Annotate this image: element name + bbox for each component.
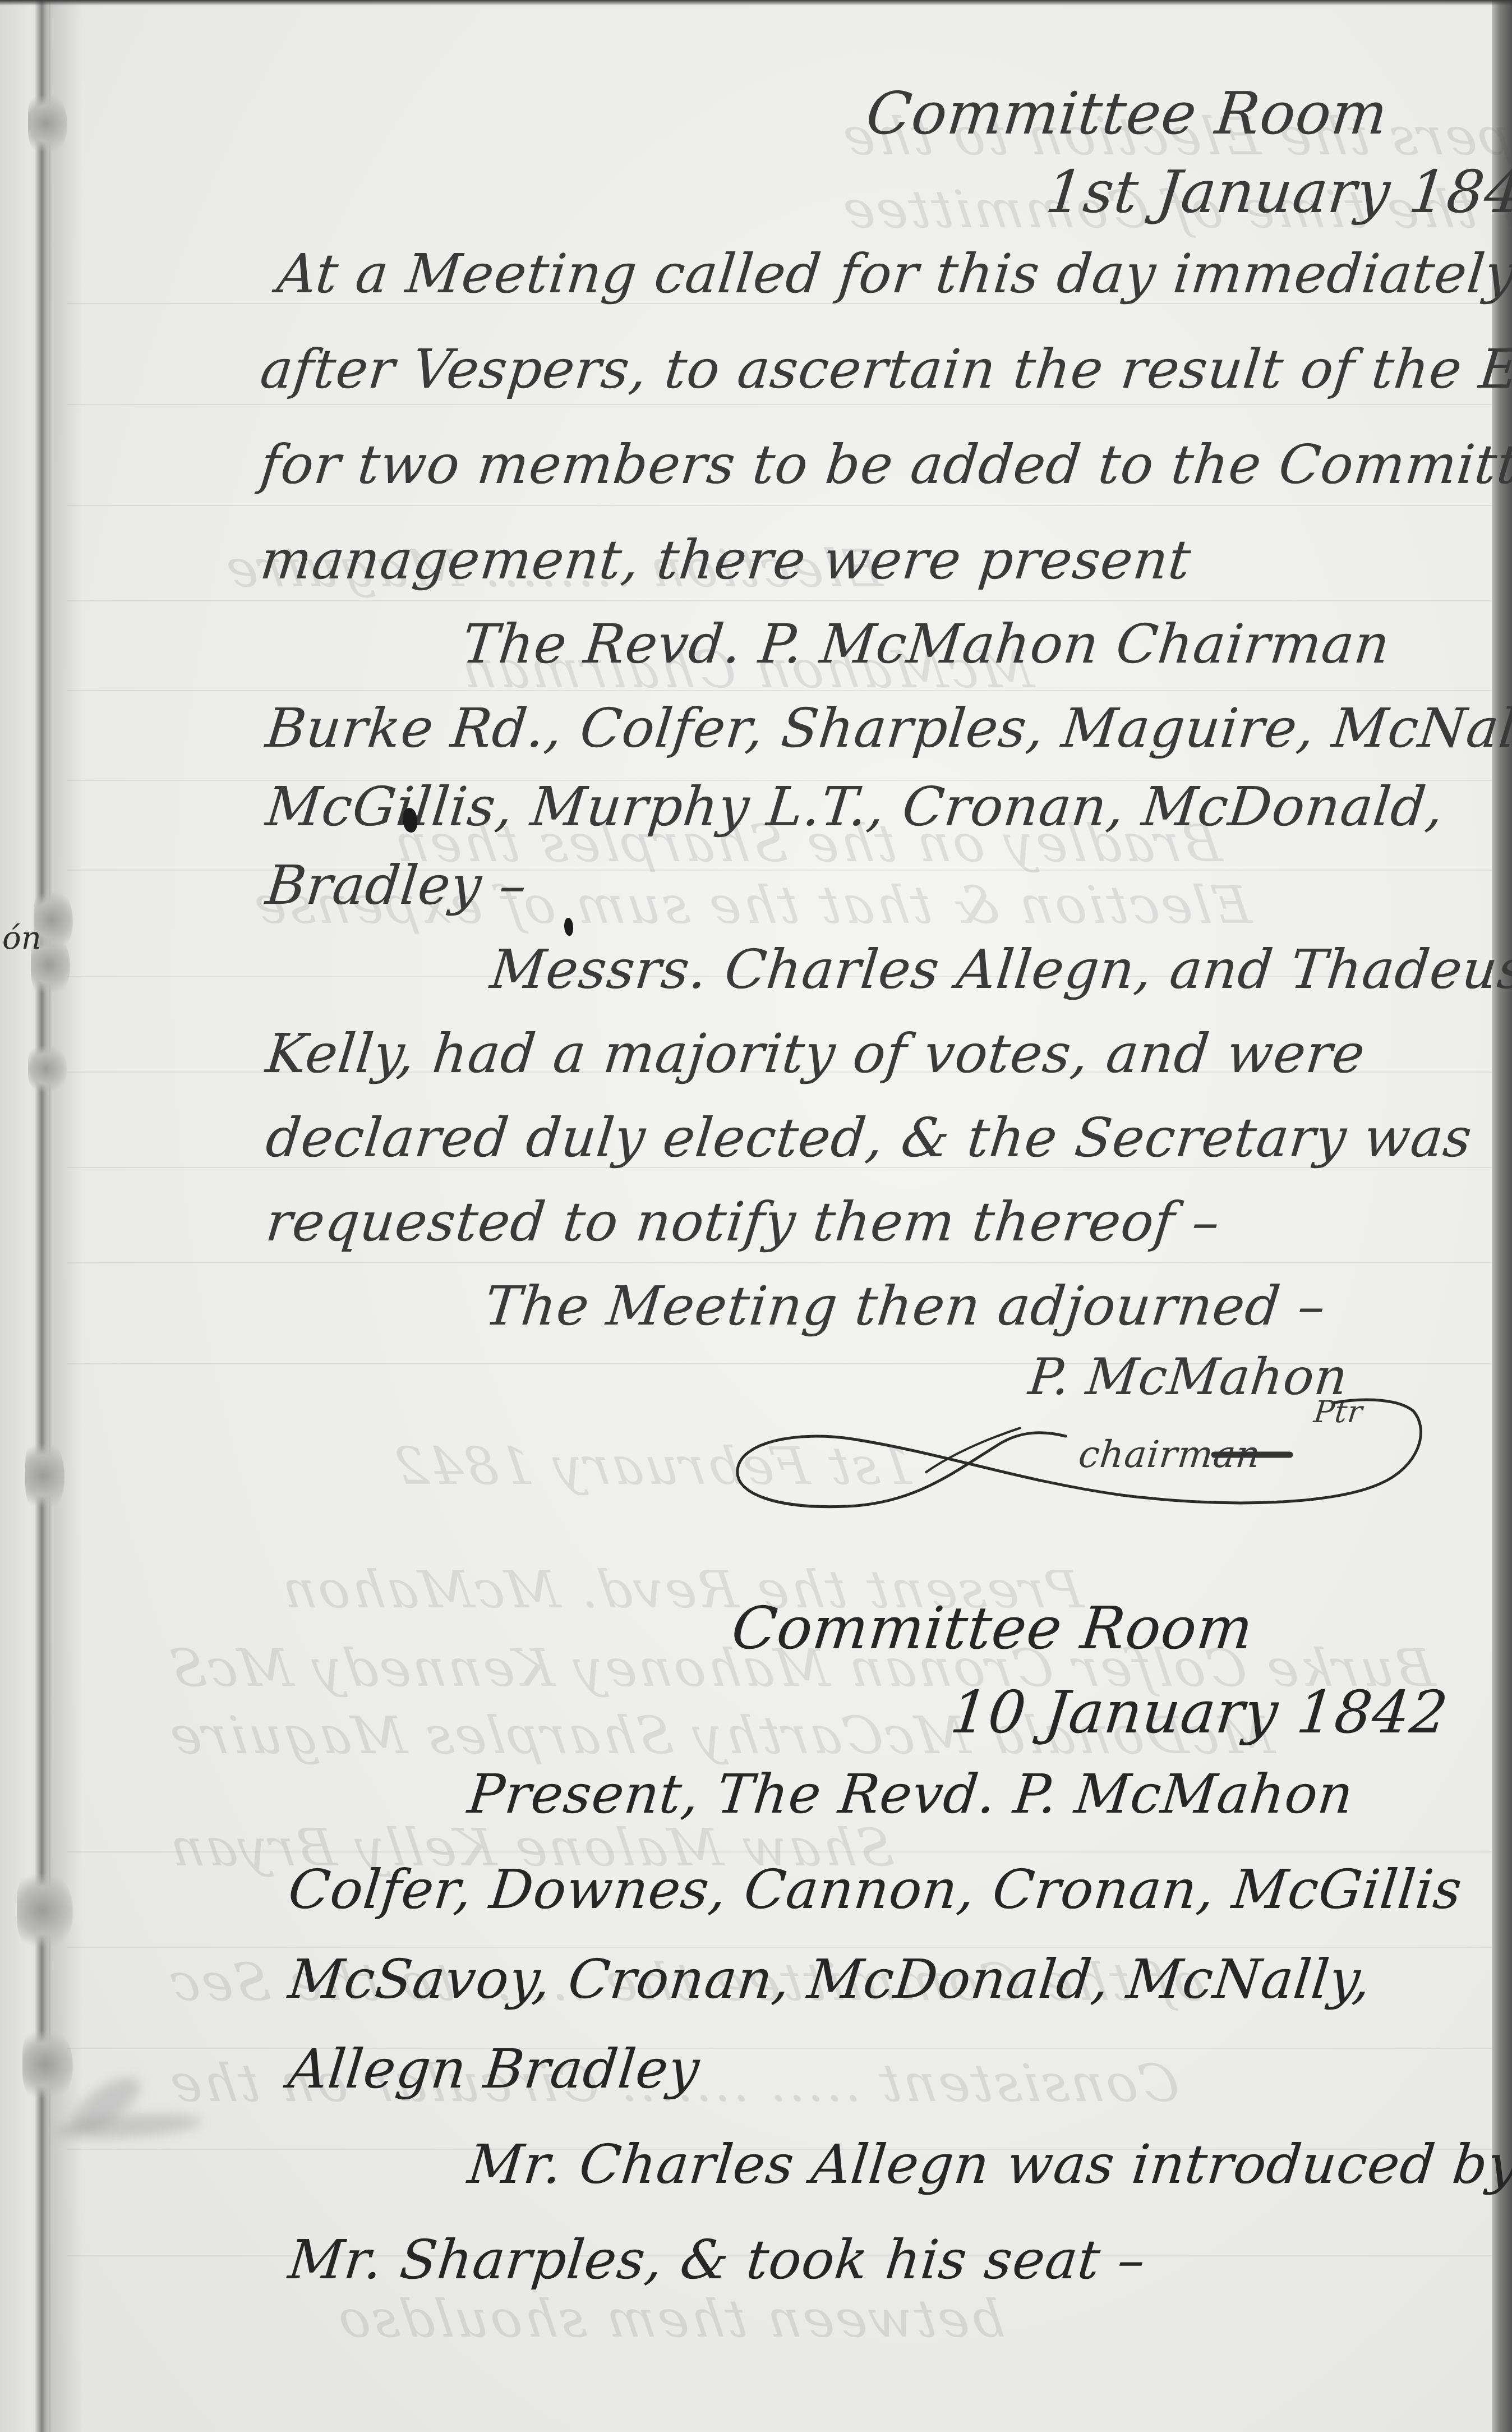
minutes-line: Bradley – [264,858,529,912]
minutes-line: Allegn Bradley [286,2042,702,2096]
minutes-line: The Revd. P. McMahon Chairman [460,617,1393,671]
minutes-line: declared duly elected, & the Secretary w… [264,1111,1474,1165]
minutes-line: Colfer, Downes, Cannon, Cronan, McGillis [286,1863,1465,1916]
minutes-line: The Meeting then adjourned – [482,1279,1328,1333]
entry-location: Committee Room [729,1599,1256,1657]
minutes-line: Burke Rd., Colfer, Sharples, Maguire, Mc… [264,701,1512,755]
minutes-line: Messrs. Charles Allegn, and Thadeus [488,943,1512,996]
page-tear [28,90,67,157]
minutes-line: for two members to be added to the Commi… [258,438,1512,491]
page-tear [28,1043,67,1094]
minutes-line: McSavoy, Cronan, McDonald, McNally, [286,1952,1374,2006]
ink-blot [564,918,573,936]
minutes-line: Kelly, had a majority of votes, and were [264,1027,1368,1081]
bleed-through-text: between them shouldso [332,2289,1008,2349]
page-tear [25,1436,64,1515]
minutes-line: McGillis, Murphy L.T., Cronan, McDonald, [264,780,1446,834]
ink-blot [403,808,417,833]
manuscript-page: ón Vespers the Election to the appointed… [0,0,1512,2432]
minutes-line: Mr. Sharples, & took his seat – [286,2233,1148,2287]
minutes-line: Present, The Revd. P. McMahon [465,1767,1356,1821]
margin-fragment: ón [2,920,42,957]
minutes-line: requested to notify them thereof – [264,1195,1223,1249]
minutes-line: management, there were present [258,533,1193,587]
entry-date: 10 January 1842 [948,1683,1451,1741]
minutes-line: after Vespers, to ascertain the result o… [258,342,1512,396]
entry-date: 1st January 1842 [1043,163,1512,221]
entry-location: Committee Room [864,84,1391,142]
minutes-line: Mr. Charles Allegn was introduced by [465,2137,1512,2191]
book-top-edge [0,0,1512,6]
minutes-line: At a Meeting called for this day immedia… [275,247,1512,301]
signature-flourish [729,1335,1458,1515]
page-tear [17,1868,73,1952]
page-tear [22,2025,73,2104]
